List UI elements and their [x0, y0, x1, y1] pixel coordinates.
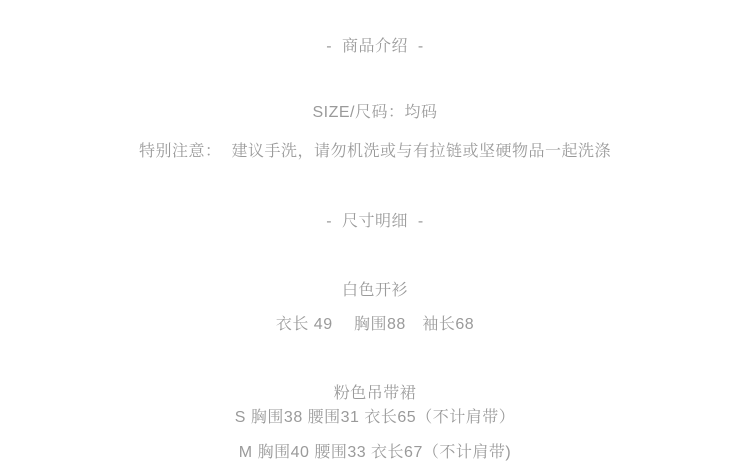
pink-dress-title: 粉色吊带裙: [0, 385, 750, 403]
pink-dress-size-m-measurements: M 胸围40 腰围33 衣长67（不计肩带): [0, 444, 750, 462]
section-header-size-detail: - 尺寸明细 -: [0, 213, 750, 231]
product-description-page: - 商品介绍 - SIZE/尺码：均码 特别注意： 建议手洗，请勿机洗或与有拉链…: [0, 0, 750, 476]
section-header-product-intro: - 商品介绍 -: [0, 38, 750, 56]
pink-dress-size-s-measurements: S 胸围38 腰围31 衣长65（不计肩带）: [0, 409, 750, 427]
size-code-line: SIZE/尺码：均码: [0, 104, 750, 122]
white-cardigan-measurements: 衣长 49 胸围88 袖长68: [0, 316, 750, 334]
washing-care-note: 特别注意： 建议手洗，请勿机洗或与有拉链或坚硬物品一起洗涤: [0, 143, 750, 161]
white-cardigan-title: 白色开衫: [0, 282, 750, 300]
